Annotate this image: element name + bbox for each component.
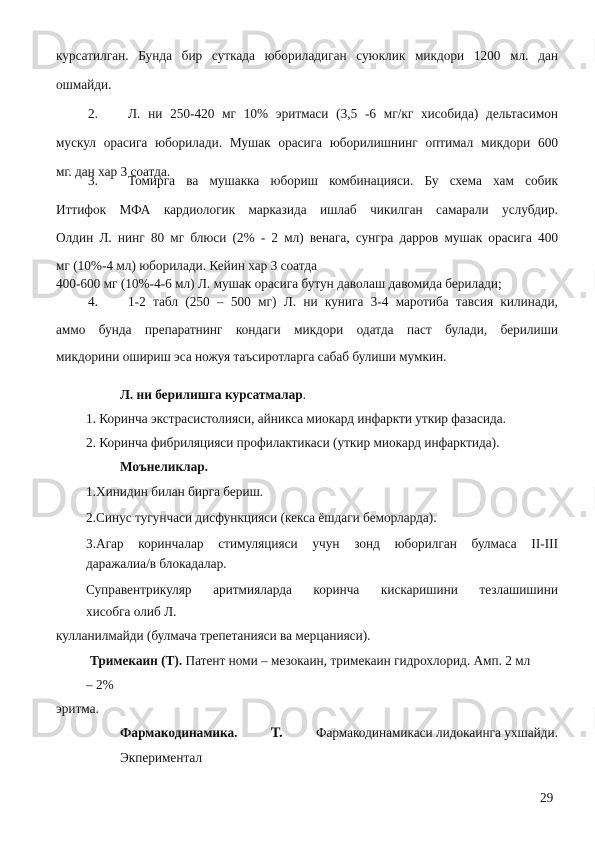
trimecaine-line: Тримекаин (Т). Патент номи – мезокаин, т…	[90, 653, 558, 669]
document-page: курсатилган. Бунда бир суткада юборилади…	[0, 0, 595, 842]
list-item: 1.Хинидин билан бирга бериш.	[86, 484, 263, 500]
pharm-text: Фармакодинамикаси лидокаинга ухшайди.	[316, 725, 558, 741]
list-item: кулланилмайди (булмача трепетанияси ва м…	[56, 628, 370, 644]
page-number: 29	[540, 790, 553, 806]
drug-title: Тримекаин (Т).	[90, 653, 182, 668]
section-heading-indications: Л. ни берилишга курсатмалар.	[120, 387, 306, 403]
pharm-title: Фармакодинамика.	[120, 725, 237, 741]
paragraph-line: Томирга ва мушакка юбориш комбинацияси. …	[128, 173, 558, 189]
list-item: 1. Коринча экстрасистолияси, айникса мио…	[86, 411, 506, 427]
paragraph-line: Л. ни 250-420 мг 10% эритмаси (3,5 -6 мг…	[128, 106, 558, 122]
heading-tail: .	[303, 387, 306, 402]
paragraph-line: аммо бунда препаратнинг кондаги микдори …	[56, 322, 558, 338]
paragraph-line: эритма.	[56, 701, 99, 717]
drug-description: Патент номи – мезокаин, тримекаин гидрох…	[186, 653, 531, 668]
paragraph-line: Иттифок МФА кардиологик марказида ишлаб …	[56, 202, 558, 218]
paragraph-line: 400-600 мг (10%-4-6 мл) Л. мушак орасига…	[56, 276, 502, 292]
paragraph-line: Экпериментал	[120, 750, 202, 766]
pharmacodynamics-line: Фармакодинамика. Т. Фармакодинамикаси ли…	[120, 725, 558, 741]
paragraph-line: мускул орасига юборилади. Мушак орасига …	[56, 135, 558, 151]
paragraph-line: микдорини ошириш эса ножуя таъсиротларга…	[56, 349, 446, 365]
list-item: 2. Коринча фибриляцияси профилактикаси (…	[86, 435, 499, 451]
list-number: 4.	[88, 294, 98, 310]
list-item: Суправентрикуляр аритмияларда коринча ки…	[86, 582, 558, 598]
list-number: 2.	[88, 106, 98, 122]
heading-text: Л. ни берилишга курсатмалар	[120, 387, 303, 402]
paragraph-line: курсатилган. Бунда бир суткада юборилади…	[56, 48, 558, 64]
list-item: 2.Синус тугунчаси дисфункцияси (кекса ёш…	[86, 510, 437, 526]
paragraph-line: – 2%	[86, 677, 114, 693]
section-heading-contraindications: Моънеликлар.	[120, 459, 208, 475]
list-item: хисобга олиб Л.	[86, 604, 176, 620]
list-item: 3.Агар коринчалар стимуляцияси учун зонд…	[86, 536, 558, 552]
paragraph-line: мг (10%-4 мл) юборилади. Кейин хар 3 соа…	[56, 258, 317, 274]
paragraph-line: ошмайди.	[56, 77, 111, 93]
list-number: 3.	[88, 173, 98, 189]
paragraph-line: Олдин Л. нинг 80 мг блюси (2% - 2 мл) ве…	[56, 230, 558, 246]
paragraph-line: 1-2 табл (250 – 500 мг) Л. ни кунига 3-4…	[128, 294, 558, 310]
list-item: даражалиа/в блокадалар.	[86, 556, 227, 572]
pharm-t: Т.	[271, 725, 283, 741]
